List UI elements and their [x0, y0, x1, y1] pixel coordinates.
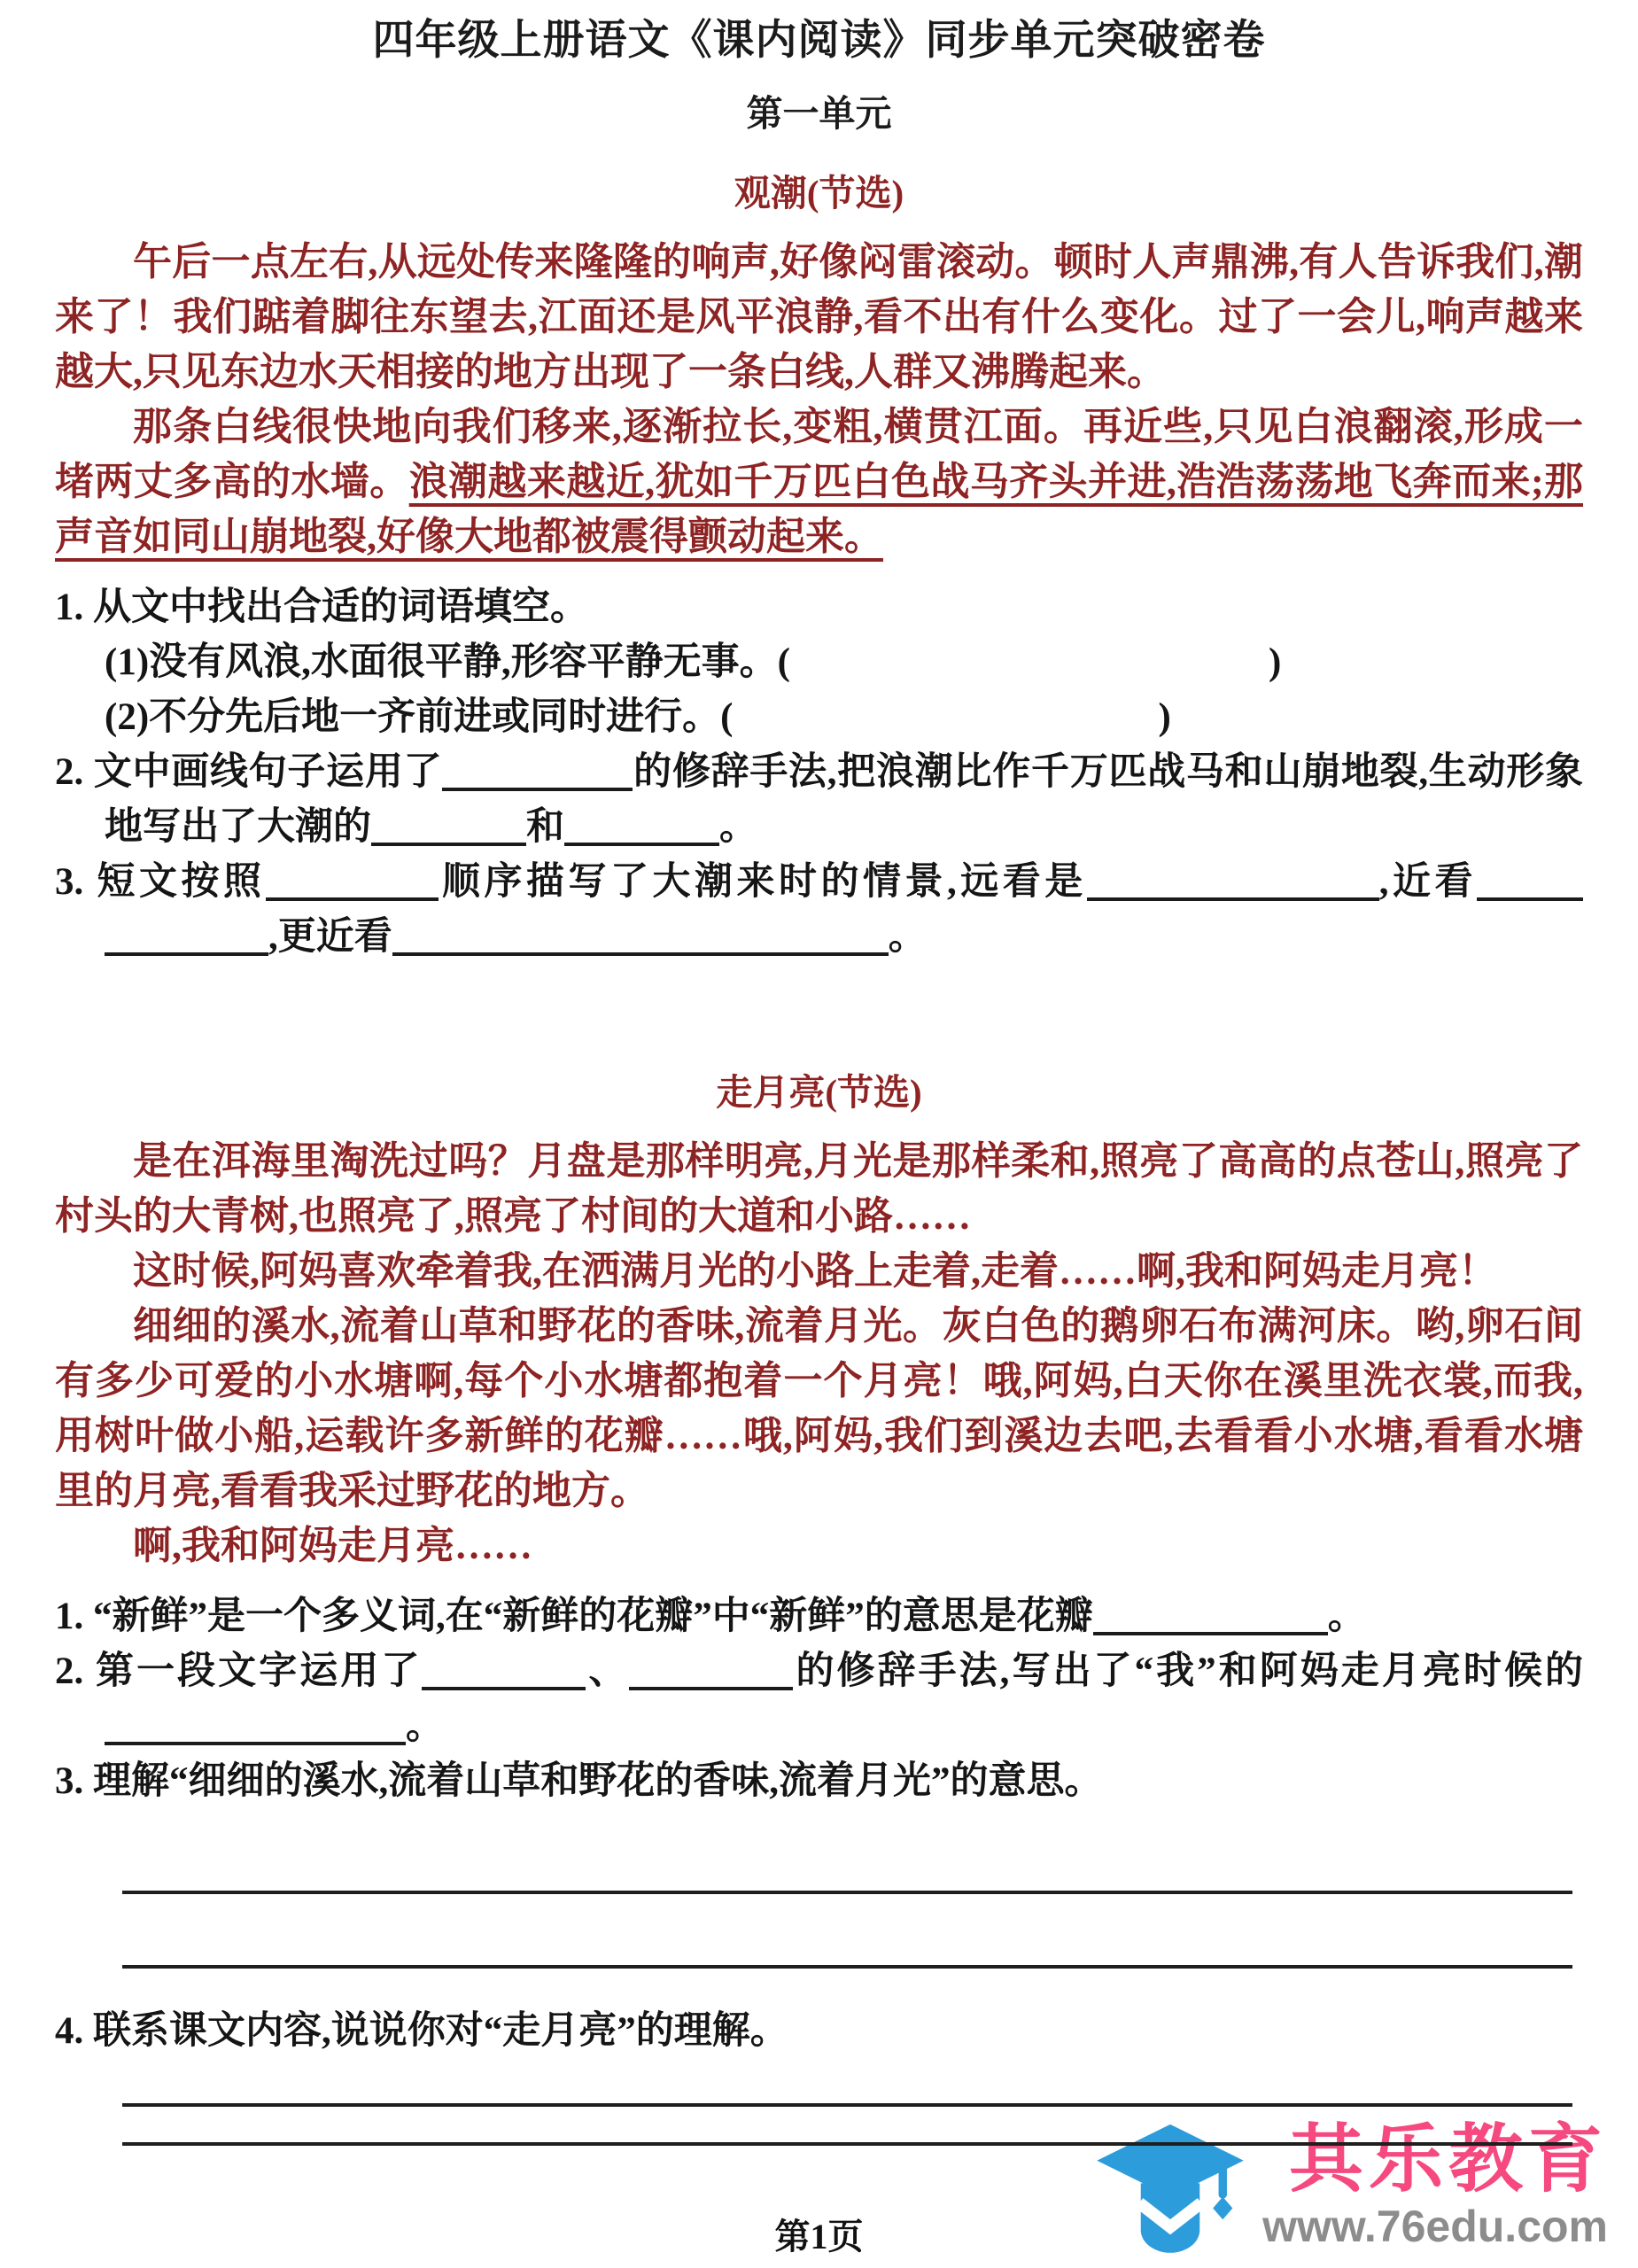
passage-text: 午后一点左右,从远处传来隆隆的响声,好像闷雷滚动。顿时人声鼎沸,有人告诉我们,潮…	[55, 240, 1583, 393]
question-text: 从文中找出合适的词语填空。	[93, 586, 588, 628]
question-number: 1.	[55, 1596, 93, 1637]
questions: 1. 从文中找出合适的词语填空。(1)没有风浪,水面很平静,形容平静无事。()(…	[55, 580, 1583, 965]
question-number: 3.	[55, 1760, 93, 1802]
question-number: 3.	[55, 861, 97, 903]
answer-line	[122, 1965, 1572, 1969]
question-text: 文中画线句子运用了	[94, 751, 443, 793]
passage-paragraph: 是在洱海里淘洗过吗？月盘是那样明亮,月光是那样柔和,照亮了高高的点苍山,照亮了村…	[55, 1134, 1583, 1244]
fill-blank	[105, 1715, 406, 1745]
question: 3. 理解“细细的溪水,流着山草和野花的香味,流着月光”的意思。	[55, 1754, 1583, 1809]
question-text: (1)没有风浪,水面很平静,形容平静无事。(	[105, 641, 790, 683]
fill-blank	[564, 816, 719, 846]
fill-blank	[371, 816, 526, 846]
question-text: 顺序描写了大潮来时的情景,远看是	[439, 861, 1087, 903]
questions: 1. “新鲜”是一个多义词,在“新鲜的花瓣”中“新鲜”的意思是花瓣。2. 第一段…	[55, 1589, 1583, 2146]
passage: 是在洱海里淘洗过吗？月盘是那样明亮,月光是那样柔和,照亮了高高的点苍山,照亮了村…	[55, 1134, 1583, 1573]
question-text: 联系课文内容,说说你对“走月亮”的理解。	[93, 2010, 788, 2052]
question-text: 理解“细细的溪水,流着山草和野花的香味,流着月光”的意思。	[93, 1760, 1103, 1802]
question-text: (2)不分先后地一齐前进或同时进行。(	[105, 696, 733, 738]
passage-text: 这时候,阿妈喜欢牵着我,在洒满月光的小路上走着,走着……啊,我和阿妈走月亮！	[133, 1249, 1497, 1293]
question-text: 。	[889, 916, 927, 958]
question: (2)不分先后地一齐前进或同时进行。()	[55, 690, 1583, 745]
graduation-cap-icon	[1091, 2118, 1250, 2266]
fill-blank	[266, 871, 439, 901]
fill-blank	[422, 1660, 586, 1690]
question-text: “新鲜”是一个多义词,在“新鲜的花瓣”中“新鲜”的意思是花瓣	[93, 1596, 1093, 1637]
answer-line	[122, 1891, 1572, 1894]
question-number: 2.	[55, 1651, 96, 1692]
brand-url: www.76edu.com	[1262, 2203, 1608, 2250]
question: 1. “新鲜”是一个多义词,在“新鲜的花瓣”中“新鲜”的意思是花瓣。	[55, 1589, 1583, 1644]
question-text: ,更近看	[268, 916, 392, 958]
question: 2. 第一段文字运用了、的修辞手法,写出了“我”和阿妈走月亮时候的。	[55, 1644, 1583, 1754]
question-text: 的修辞手法,写出了“我”和阿妈走月亮时候的	[793, 1651, 1583, 1692]
paren-gap	[790, 667, 1269, 674]
question-text: 。	[406, 1705, 444, 1747]
fill-blank	[1087, 871, 1379, 901]
question-number: 1.	[55, 586, 93, 628]
question-text: )	[1158, 696, 1170, 738]
passage-paragraph: 啊,我和阿妈走月亮……	[55, 1518, 1583, 1573]
page-content: 四年级上册语文《课内阅读》同步单元突破密卷 第一单元 观潮(节选)午后一点左右,…	[0, 0, 1638, 2146]
question-text: )	[1269, 641, 1281, 683]
question-text: 。	[719, 806, 757, 848]
question: (1)没有风浪,水面很平静,形容平静无事。()	[55, 635, 1583, 690]
fill-blank	[1093, 1605, 1328, 1635]
question-text: 、	[586, 1651, 629, 1692]
question: 3. 短文按照顺序描写了大潮来时的情景,远看是,近看,更近看。	[55, 855, 1583, 965]
answer-line	[122, 2142, 1572, 2146]
unit-title: 第一单元	[55, 92, 1583, 136]
question-text: 。	[1328, 1596, 1366, 1637]
passage-text: 是在洱海里淘洗过吗？月盘是那样明亮,月光是那样柔和,照亮了高高的点苍山,照亮了村…	[55, 1139, 1583, 1238]
question-text: ,近看	[1379, 861, 1477, 903]
question: 2. 文中画线句子运用了的修辞手法,把浪潮比作千万匹战马和山崩地裂,生动形象地写…	[55, 745, 1583, 855]
question: 1. 从文中找出合适的词语填空。	[55, 580, 1583, 635]
fill-blank	[1477, 871, 1583, 901]
question: 4. 联系课文内容,说说你对“走月亮”的理解。	[55, 2004, 1583, 2059]
question-text: 第一段文字运用了	[96, 1651, 422, 1692]
reading-section: 观潮(节选)午后一点左右,从远处传来隆隆的响声,好像闷雷滚动。顿时人声鼎沸,有人…	[55, 172, 1583, 965]
fill-blank	[442, 761, 633, 791]
fill-blank	[392, 926, 889, 956]
answer-line	[122, 2103, 1572, 2107]
fill-blank	[105, 926, 268, 956]
question-text: 和	[526, 806, 564, 848]
passage-paragraph: 这时候,阿妈喜欢牵着我,在洒满月光的小路上走着,走着……啊,我和阿妈走月亮！	[55, 1244, 1583, 1299]
passage-text: 细细的溪水,流着山草和野花的香味,流着月光。灰白色的鹅卵石布满河床。哟,卵石间有…	[55, 1304, 1583, 1512]
paren-gap	[733, 722, 1158, 729]
passage-paragraph: 午后一点左右,从远处传来隆隆的响声,好像闷雷滚动。顿时人声鼎沸,有人告诉我们,潮…	[55, 235, 1583, 400]
passage-paragraph: 细细的溪水,流着山草和野花的香味,流着月光。灰白色的鹅卵石布满河床。哟,卵石间有…	[55, 1299, 1583, 1518]
sections: 观潮(节选)午后一点左右,从远处传来隆隆的响声,好像闷雷滚动。顿时人声鼎沸,有人…	[55, 172, 1583, 2146]
passage-text: 啊,我和阿妈走月亮……	[133, 1524, 532, 1567]
section-heading: 走月亮(节选)	[55, 1071, 1583, 1115]
brand-logo: 其乐教育 www.76edu.com	[1091, 2118, 1608, 2266]
brand-name: 其乐教育	[1262, 2122, 1608, 2198]
worksheet-page: 四年级上册语文《课内阅读》同步单元突破密卷 第一单元 观潮(节选)午后一点左右,…	[0, 0, 1638, 2268]
page-title: 四年级上册语文《课内阅读》同步单元突破密卷	[55, 0, 1583, 66]
fill-blank	[629, 1660, 793, 1690]
question-number: 2.	[55, 751, 94, 793]
page-number: 第1页	[775, 2217, 864, 2256]
reading-section: 走月亮(节选)是在洱海里淘洗过吗？月盘是那样明亮,月光是那样柔和,照亮了高高的点…	[55, 1071, 1583, 2146]
passage-paragraph: 那条白线很快地向我们移来,逐渐拉长,变粗,横贯江面。再近些,只见白浪翻滚,形成一…	[55, 400, 1583, 564]
section-heading: 观潮(节选)	[55, 172, 1583, 215]
brand-text-block: 其乐教育 www.76edu.com	[1262, 2122, 1608, 2249]
question-number: 4.	[55, 2010, 93, 2052]
question-text: 短文按照	[97, 861, 266, 903]
passage: 午后一点左右,从远处传来隆隆的响声,好像闷雷滚动。顿时人声鼎沸,有人告诉我们,潮…	[55, 235, 1583, 564]
